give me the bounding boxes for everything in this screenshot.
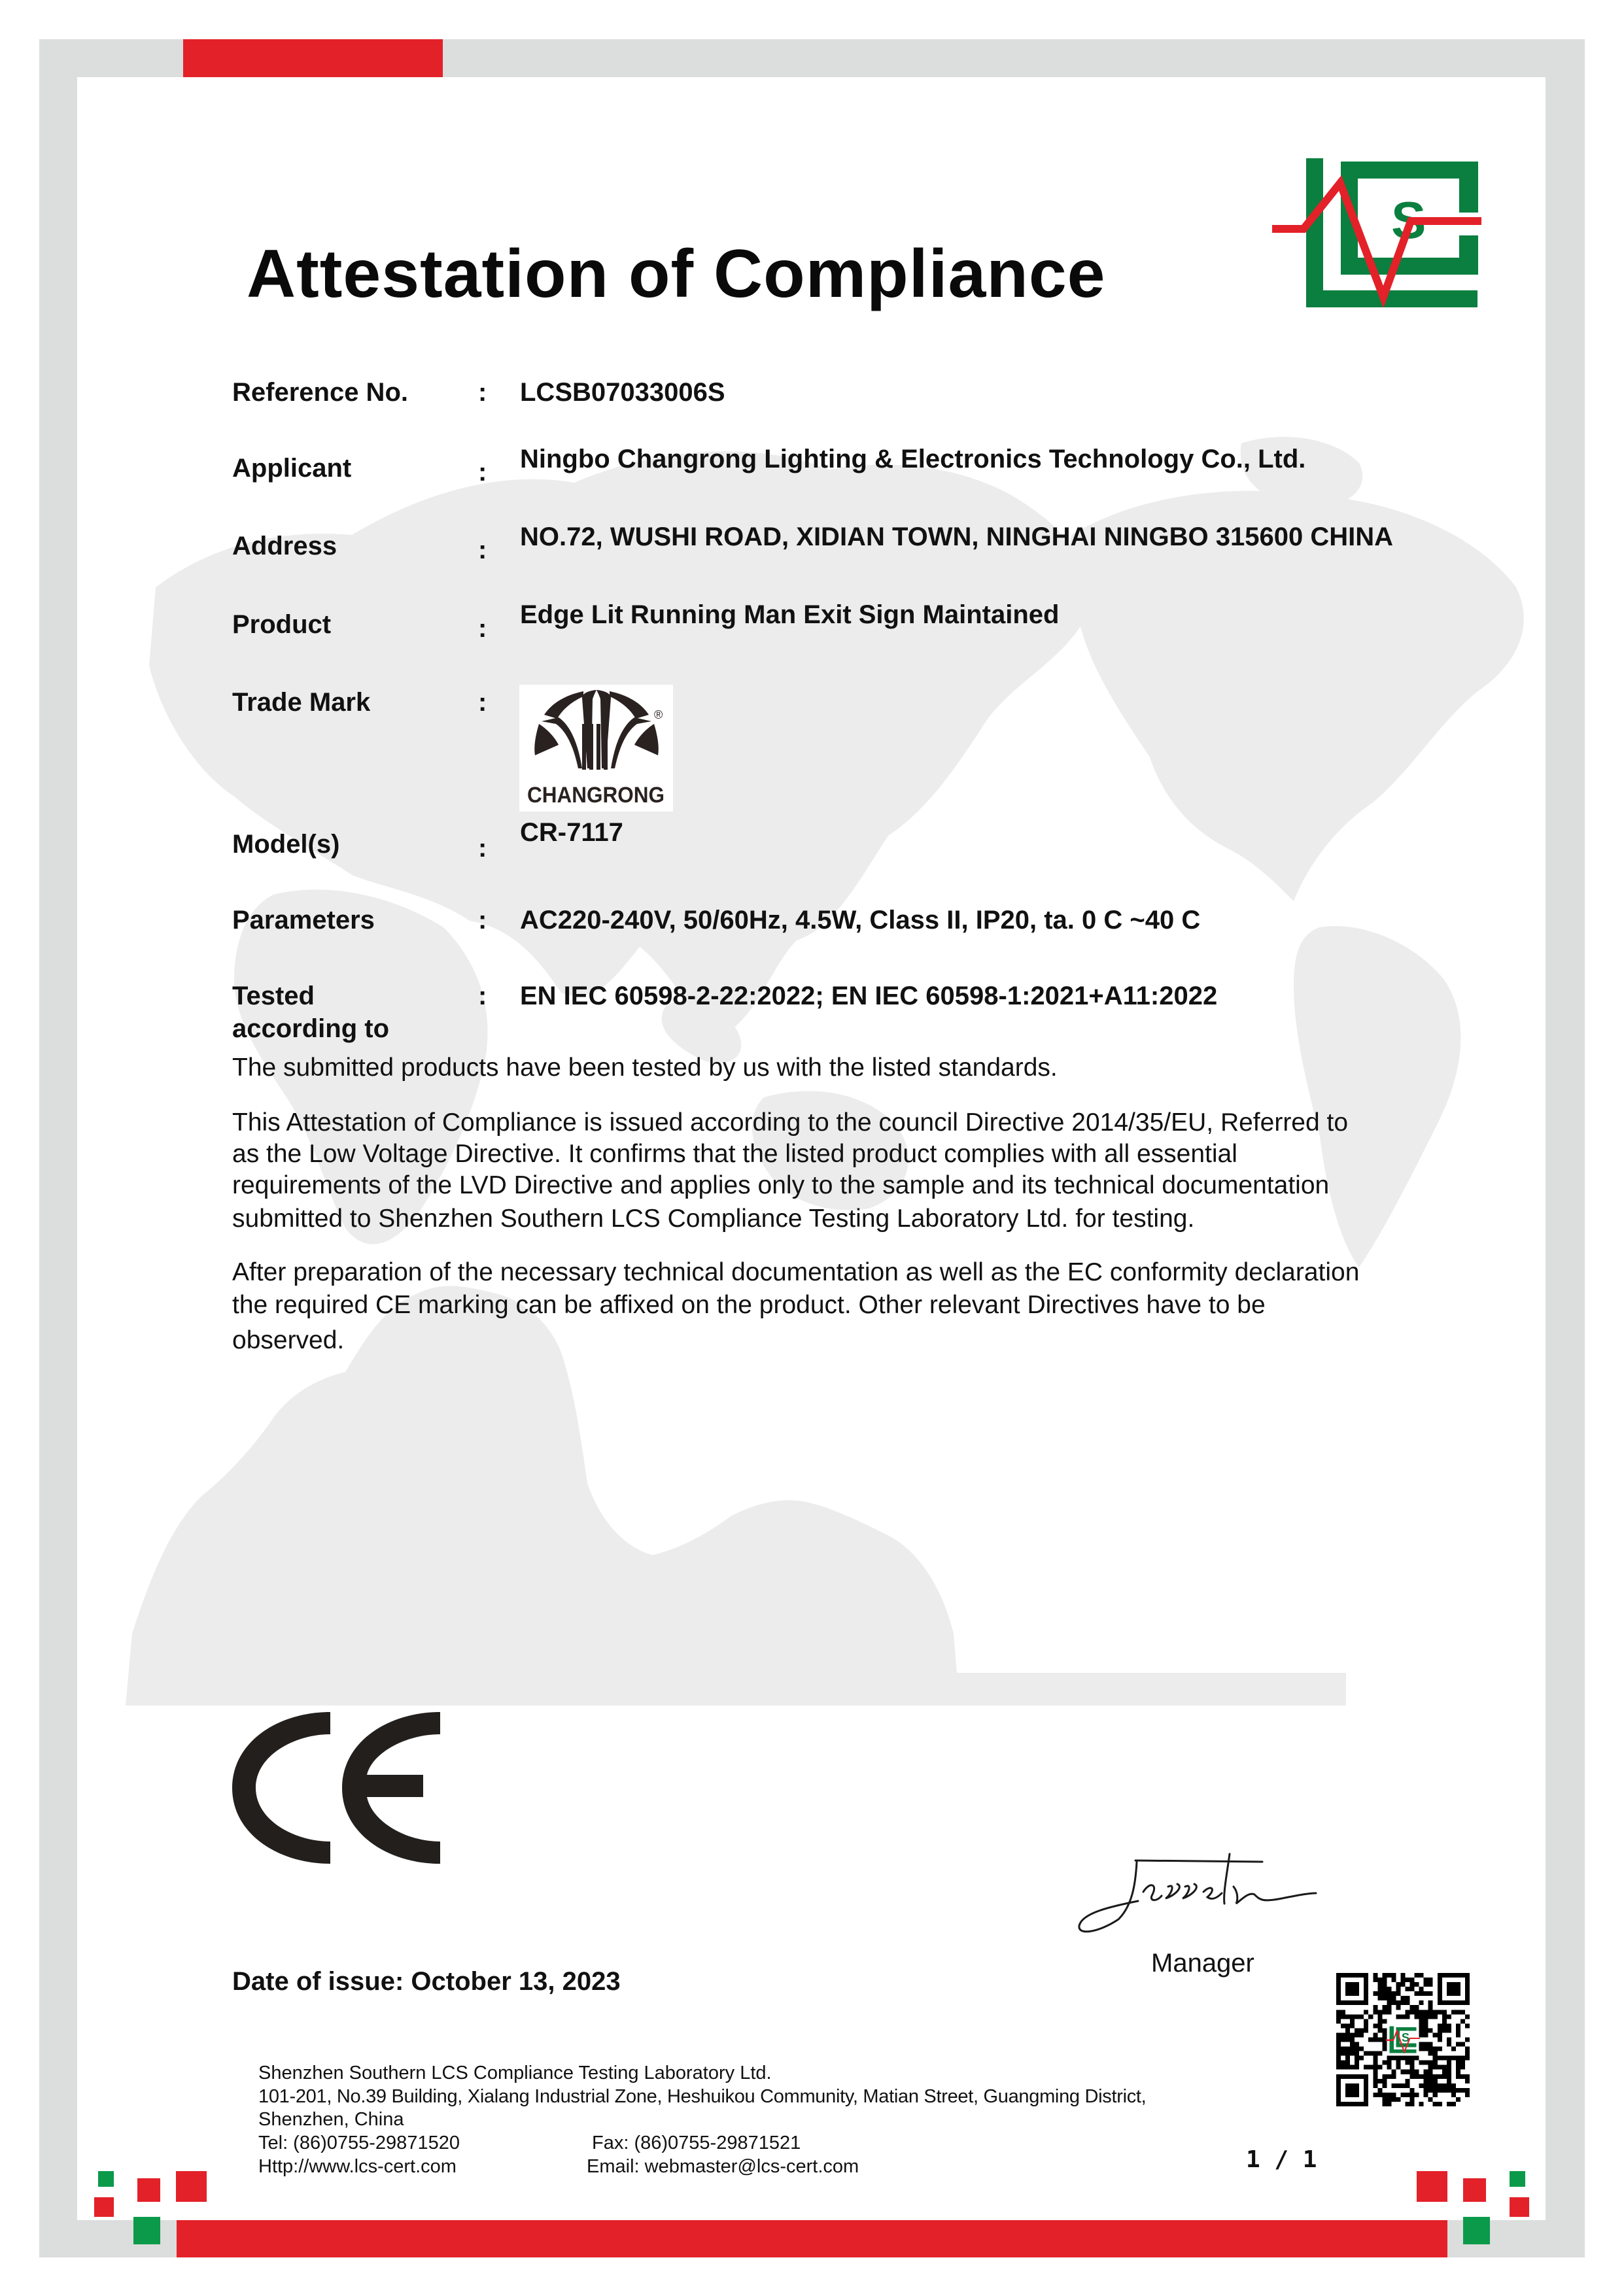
paragraph-line: requirements of the LVD Directive and ap… <box>232 1170 1475 1201</box>
footer-website-link[interactable]: Http://www.lcs-cert.com <box>258 2156 457 2178</box>
world-map-watermark <box>77 77 1546 1712</box>
field-separator: : <box>478 536 487 565</box>
field-value-standards: EN IEC 60598-2-22:2022; EN IEC 60598-1:2… <box>520 982 1217 1011</box>
footer-address-line2: Shenzhen, China <box>258 2109 404 2131</box>
field-label-trade-mark: Trade Mark <box>232 688 370 717</box>
trademark-name: CHANGRONG <box>527 783 665 808</box>
field-label-reference-no: Reference No. <box>232 378 408 407</box>
paragraph-line: submitted to Shenzhen Southern LCS Compl… <box>232 1203 1475 1235</box>
statement-paragraph-2: This Attestation of Compliance is issued… <box>232 1107 1475 1235</box>
registered-mark: ® <box>654 708 663 721</box>
field-separator: : <box>478 458 487 487</box>
paragraph-line: the required CE marking can be affixed o… <box>232 1289 1475 1322</box>
signatory-title: Manager <box>1151 1949 1254 1978</box>
footer-address-line1: 101-201, No.39 Building, Xialang Industr… <box>258 2086 1146 2108</box>
manager-signature <box>1073 1841 1321 1939</box>
footer-tel: Tel: (86)0755-29871520 <box>258 2133 460 2154</box>
field-value-product: Edge Lit Running Man Exit Sign Maintaine… <box>520 600 1059 630</box>
field-value-models: CR-7117 <box>520 818 623 848</box>
lcs-logo-icon: S <box>1266 145 1481 307</box>
field-value-address: NO.72, WUSHI ROAD, XIDIAN TOWN, NINGHAI … <box>520 523 1393 552</box>
field-label-parameters: Parameters <box>232 906 375 935</box>
paragraph-line: This Attestation of Compliance is issued… <box>232 1107 1475 1139</box>
field-separator: : <box>478 378 487 407</box>
page-number: 1 / 1 <box>1246 2146 1317 2173</box>
paragraph-line: as the Low Voltage Directive. It confirm… <box>232 1139 1475 1170</box>
paragraph-line: After preparation of the necessary techn… <box>232 1256 1475 1289</box>
footer-email-link[interactable]: Email: webmaster@lcs-cert.com <box>587 2156 859 2178</box>
field-label-tested-line2: according to <box>232 1014 389 1044</box>
field-label-address: Address <box>232 532 337 561</box>
footer-company-name: Shenzhen Southern LCS Compliance Testing… <box>258 2063 772 2084</box>
field-separator: : <box>478 688 487 717</box>
document-title: Attestation of Compliance <box>247 235 1106 313</box>
field-value-applicant: Ningbo Changrong Lighting & Electronics … <box>520 445 1305 474</box>
footer-fax: Fax: (86)0755-29871521 <box>592 2133 801 2154</box>
qr-code[interactable]: S <box>1336 1973 1470 2106</box>
top-red-accent-bar <box>183 39 443 77</box>
ce-mark-icon <box>232 1712 441 1864</box>
field-label-applicant: Applicant <box>232 454 351 483</box>
statement-paragraph-3: After preparation of the necessary techn… <box>232 1256 1475 1357</box>
field-separator: : <box>478 982 487 1011</box>
statement-paragraph-1: The submitted products have been tested … <box>232 1052 1475 1084</box>
date-of-issue: Date of issue: October 13, 2023 <box>232 1967 621 1996</box>
field-label-tested: Tested <box>232 982 315 1011</box>
qr-center-logo-icon: S <box>1386 2023 1420 2055</box>
bottom-red-accent-bar <box>177 2220 1447 2257</box>
field-value-reference-no: LCSB07033006S <box>520 378 725 407</box>
field-value-parameters: AC220-240V, 50/60Hz, 4.5W, Class II, IP2… <box>520 906 1200 935</box>
field-separator: : <box>478 906 487 935</box>
trademark-logo: ® CHANGRONG <box>519 685 673 812</box>
changrong-tree-icon: ® CHANGRONG <box>519 685 673 812</box>
paragraph-line: The submitted products have been tested … <box>232 1052 1475 1084</box>
field-separator: : <box>478 614 487 643</box>
field-separator: : <box>478 834 487 863</box>
field-label-models: Model(s) <box>232 830 339 859</box>
paragraph-line: observed. <box>232 1324 1475 1357</box>
field-label-product: Product <box>232 610 331 640</box>
